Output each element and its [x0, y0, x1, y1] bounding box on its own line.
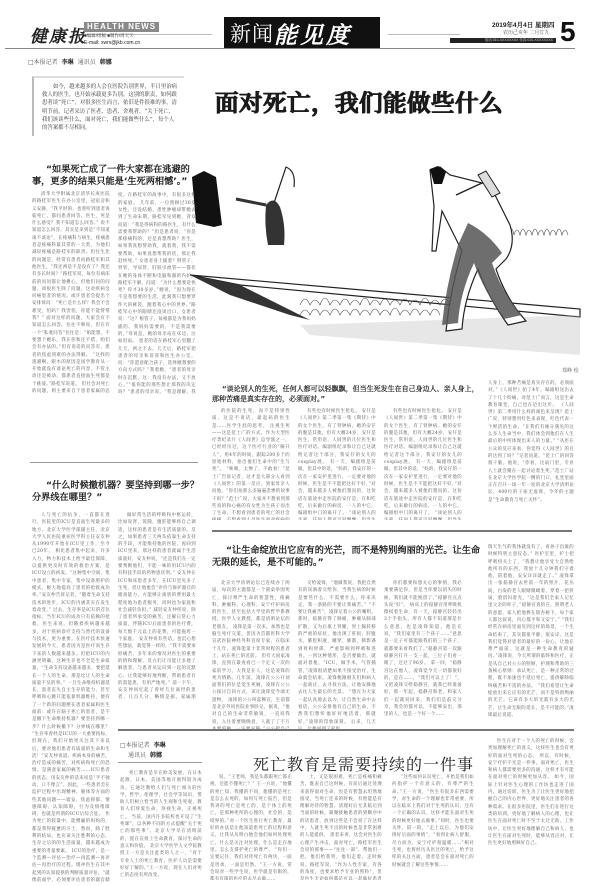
- body-column-5: 的医院的生死，而不是特别性质，这是不说话，最起码的医生是……医学生涯的思考。 注…: [212, 408, 290, 520]
- masthead-divider: [5, 48, 575, 49]
- byline-prefix: □本报记者: [28, 59, 58, 66]
- a2-column-5: 医生在对于一个人的死亡的时候，会更加理解死亡的意义，这样医生也会有更好的面对生死…: [488, 738, 574, 880]
- body-column-6: 有些也有时候医生抢危。 安仔是《人间世》第二季第一集《期待》中的女个医生，有了肾…: [298, 408, 376, 520]
- body-column-8: 北京大学清明论坛已连续办了两届，每次的主题都是一个圆桌举围死亡，探讨尊严生命的智…: [212, 580, 290, 730]
- editor-credit: ■编辑/组稿 ■制作/周天天: [84, 33, 134, 39]
- section-title-emph: 能见度: [274, 17, 352, 50]
- byline-prefix: □本报记者: [120, 742, 150, 749]
- page-number: 5: [560, 16, 576, 48]
- pull-quote: “谈论别人的生死，任何人都可以轻飘飘，但当生死发生在自己身边人、亲人身上，那种苦…: [212, 384, 482, 404]
- article-2-title: 死亡教育是需要持续的一件事: [253, 752, 474, 775]
- body-column-1: 清华大学附属北京清华长庚医院的路桂军医生在办公室里，冠宿舍和义安静，“我平时的，…: [32, 191, 110, 394]
- illustration-credit: 郑峥 绘: [562, 367, 579, 374]
- byline: □本报记者李琳通讯员韩娜: [28, 57, 116, 66]
- a2-column-2: 说，“王老师，我是头都跟死亡都正视，还能不懂死亡？” 王一方说，“他懂的死亡知，…: [210, 774, 292, 880]
- body-column-10: 你们都要和想关心的事情，我必须要满足你，但是当你要以消失的时候，我们就不能挽留了…: [384, 580, 462, 730]
- grim-reaper-illustration: [190, 165, 590, 365]
- newspaper-logo: 健康报: [30, 22, 87, 47]
- correspondent-prefix: 通讯员: [128, 752, 146, 759]
- reaper-icon: [265, 200, 284, 245]
- article-divider: [118, 729, 574, 731]
- editor-email: E-mail: xwrx@jkb.com.cn: [84, 40, 140, 46]
- contact-bar: 电话:010-XXXXXXXX 传真:010-XXXXXXXX: [450, 38, 556, 43]
- subhead-3: “让生命绽放出它应有的光芒，而不是特别绚丽的光芒。让生命无限的延长，是不可能的。…: [212, 545, 484, 569]
- body-column-11: 瑞天生气的我体就没有了，看孙子出谁的时候特别主意仪态。” 医护室里，护士把呼吸机…: [488, 544, 574, 732]
- body-column-2-text: 清华大学附属北京清华长庚医院的路桂军医生在办公室里，冠宿舍和义安静，“我平时的，…: [118, 191, 196, 394]
- byline-2: □本报记者李琳: [120, 740, 170, 749]
- lunar-date: 农历己亥年 二月廿九: [503, 29, 549, 36]
- a2-column-4: “这些如何认识死亡，开始是我们如何指护一个有意义的，有尊严的生命。”王一方说，“…: [392, 774, 474, 880]
- section-title-plain: 新闻: [230, 18, 274, 48]
- body-column-7: 人身上，那种苦痛是真实存在的，必须面对。”《人间世》拍了4年，编剧组送出去了十几…: [488, 380, 574, 520]
- article-headline: 面对死亡，我们能做些什么: [215, 84, 503, 118]
- masthead-rule-right: [388, 34, 460, 35]
- issue-date: 2019年4月4日 星期四: [492, 20, 555, 29]
- section-divider-2: [212, 530, 572, 532]
- byline-2b: 通讯员韩娜: [128, 750, 166, 759]
- section-divider: [30, 462, 198, 463]
- coffin-icon: [192, 171, 222, 227]
- reporter-name: 李琳: [62, 59, 74, 66]
- body-column-4: 做好常生活的呼吸和中枢运转，比如说肾，饭随，腹肝能够将自己调适，这样的患者是有生…: [118, 512, 196, 702]
- correspondent-name: 韩娜: [150, 752, 162, 759]
- health-news-badge: HEALTH NEWS: [84, 22, 159, 32]
- correspondent-name: 韩娜: [100, 59, 112, 66]
- byline-rule: [118, 762, 202, 763]
- article-intro: 如今，越来越多的人会在医院告别世界，半日里治病救人的医生，也开始承载更多告别。这…: [32, 76, 184, 136]
- subhead-1: “如果死亡成了一件大家都在逃避的事，更多的结果只能是‘生死两相憾’。”: [32, 164, 200, 188]
- body-column-3: 人与死亡的抗争，一直都在进行，医院里的ICU是直面生死最多的地方。北京大学医学部…: [32, 512, 110, 882]
- a2-column-3: 士，又是很困难，死亡是疼痛和痛苦，既表自已这时候，有前后通过处理来获得面对生命，…: [300, 774, 382, 880]
- reporter-name: 李琳: [154, 742, 166, 749]
- subhead-2: “什么时候撤机器？要坚持到哪一步？分界线在哪里？”: [32, 480, 200, 504]
- body-column-2: 清华大学附属北京清华长庚医院的路桂军医生在办公室里，冠宿舍和义安静，“我平时的，…: [118, 191, 196, 394]
- a2-column-1: 死亡教育是早在欧美发展，在日本起源，日本，美国等地开展得较为成功。它通过教给人们…: [120, 770, 202, 880]
- correspondent-prefix: 通讯员: [78, 59, 96, 66]
- section-banner: 新闻 能见度: [224, 17, 380, 49]
- body-column-9: 交给凌锋，“他做我说，我把自然有的误满着交给你，当我生病的时候是要些什么，不需要…: [298, 580, 376, 730]
- scythe-icon: [274, 167, 294, 203]
- body-column-6b: 有些也有时候医生抢危。 安仔是《人间世》第二季第一集《期待》中的女个医生，有了肾…: [384, 408, 462, 520]
